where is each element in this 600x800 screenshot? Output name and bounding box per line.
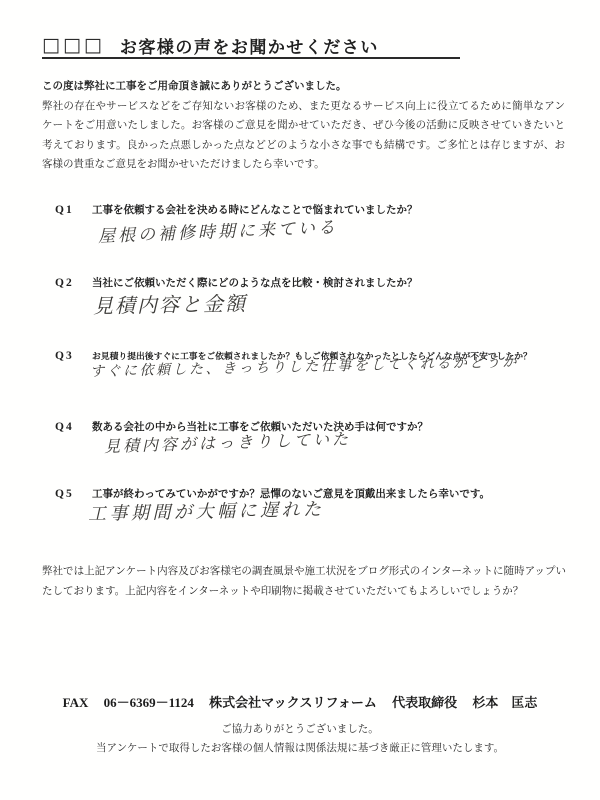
question-q1-text: 工事を依頼する会社を決める時にどんなことで悩まれていましたか？ <box>92 205 418 216</box>
handwritten-answer-q5: 工事期間が大幅に遅れた <box>88 495 325 526</box>
fax-number: 06－6369－1124 <box>104 695 194 710</box>
header-underline <box>42 57 460 59</box>
question-q3-label: Q3 <box>55 350 88 362</box>
fax-label: FAX <box>63 695 89 710</box>
checkbox-icons: □□□ <box>42 36 105 55</box>
representative-role: 代表取締役 <box>392 695 457 710</box>
fax-contact-line: FAX 06－6369－1124 株式会社マックスリフォーム 代表取締役 杉本 … <box>0 692 600 711</box>
company-name: 株式会社マックスリフォーム <box>209 695 377 710</box>
question-q1-label: Q1 <box>55 204 88 216</box>
document-header: □□□ お客様の声をお聞かせください <box>42 33 462 58</box>
scanned-survey-document: □□□ お客様の声をお聞かせください この度は弊社に工事をご用命頂き誠にありがと… <box>0 0 600 800</box>
intro-body: 弊社の存在やサービスなどをご存知ないお客様のため、また更なるサービス向上に役立て… <box>42 97 565 175</box>
question-q2-text: 当社にご依頼いただく際にどのような点を比較・検討されましたか？ <box>92 278 418 289</box>
publication-consent-note: 弊社では上記アンケート内容及びお客様宅の調査風景や施工状況をブログ形式のインター… <box>42 562 566 601</box>
intro-section: この度は弊社に工事をご用命頂き誠にありがとうございました。 弊社の存在やサービス… <box>42 77 565 175</box>
representative-name: 杉本 匡志 <box>472 695 537 710</box>
question-q5-label: Q5 <box>55 488 88 500</box>
thanks-message: ご協力ありがとうございました。 <box>0 721 600 736</box>
privacy-notice: 当アンケートで取得したお客様の個人情報は関係法規に基づき厳正に管理いたします。 <box>0 740 600 755</box>
page-title: お客様の声をお聞かせください <box>120 33 379 58</box>
question-q2-label: Q2 <box>55 277 88 289</box>
question-q4-label: Q4 <box>55 421 88 433</box>
intro-lead: この度は弊社に工事をご用命頂き誠にありがとうございました。 <box>42 77 565 97</box>
handwritten-answer-q2: 見積内容と金額 <box>93 287 247 319</box>
